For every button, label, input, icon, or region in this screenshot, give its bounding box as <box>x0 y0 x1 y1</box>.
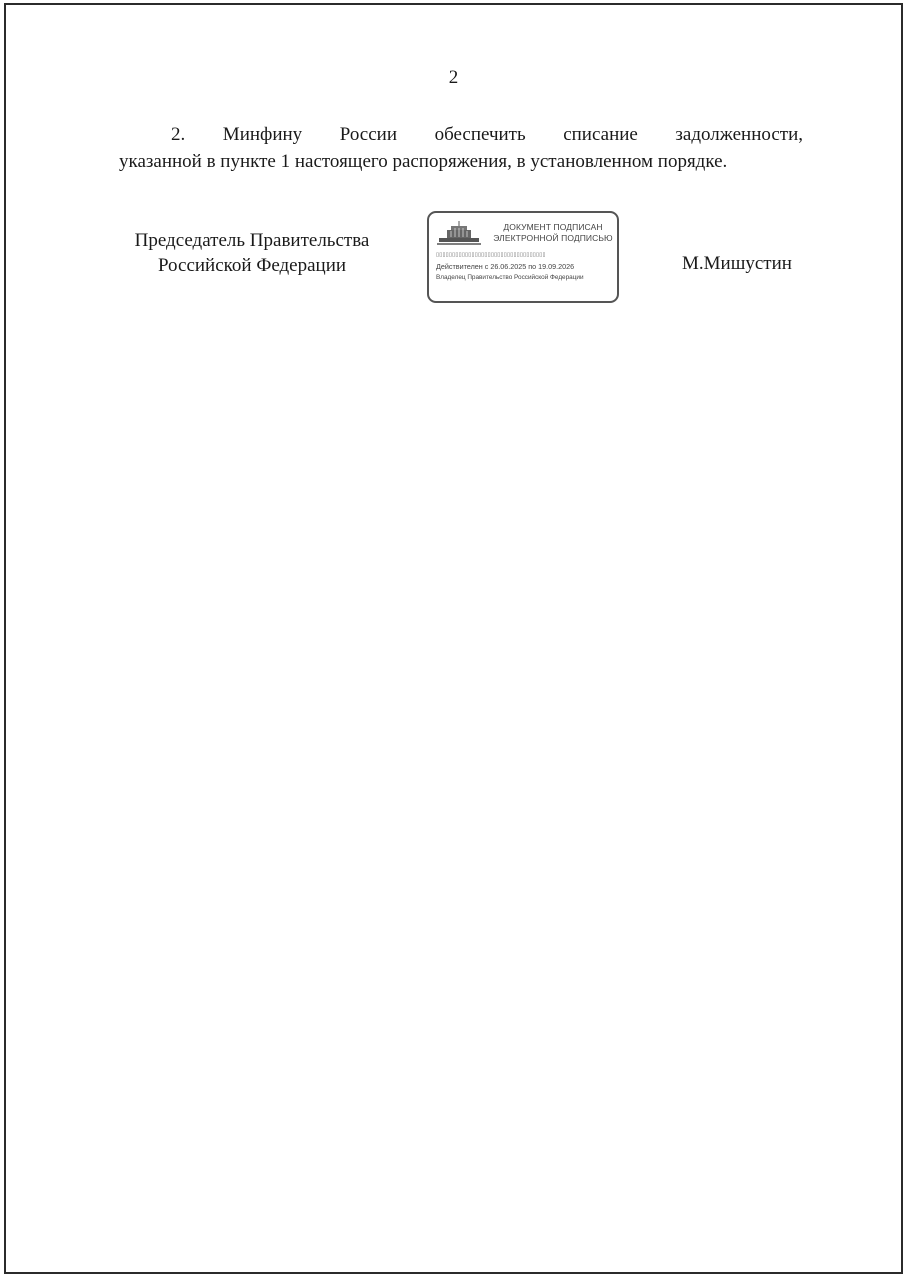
stamp-owner: Владелец Правительство Российской Федера… <box>436 273 596 282</box>
stamp-heading-line-2: ЭЛЕКТРОННОЙ ПОДПИСЬЮ <box>491 233 615 244</box>
paragraph-item-2: 2. Минфину России обеспечить списание за… <box>119 121 803 175</box>
stamp-heading: ДОКУМЕНТ ПОДПИСАН ЭЛЕКТРОННОЙ ПОДПИСЬЮ <box>491 222 615 244</box>
signatory-title: Председатель Правительства Российской Фе… <box>116 228 388 278</box>
signer-name: М.Мишустин <box>682 253 792 275</box>
signatory-title-line-2: Российской Федерации <box>116 253 388 278</box>
page-number: 2 <box>6 67 901 89</box>
signatory-title-line-1: Председатель Правительства <box>116 228 388 253</box>
government-building-icon <box>437 220 481 246</box>
paragraph-line-2: указанной в пункте 1 настоящего распоряж… <box>119 148 803 175</box>
stamp-heading-line-1: ДОКУМЕНТ ПОДПИСАН <box>491 222 615 233</box>
electronic-signature-stamp: ДОКУМЕНТ ПОДПИСАН ЭЛЕКТРОННОЙ ПОДПИСЬЮ ▯… <box>427 211 619 303</box>
paragraph-line-1: 2. Минфину России обеспечить списание за… <box>119 121 803 148</box>
stamp-certificate-serial: ▯▯▯▯▯▯▯▯▯▯▯▯▯▯▯▯▯▯▯▯▯▯▯▯▯▯▯▯▯▯▯▯▯▯ <box>436 252 546 258</box>
stamp-validity: Действителен с 26.06.2025 по 19.09.2026 <box>436 262 574 271</box>
document-page: 2 2. Минфину России обеспечить списание … <box>4 3 903 1274</box>
